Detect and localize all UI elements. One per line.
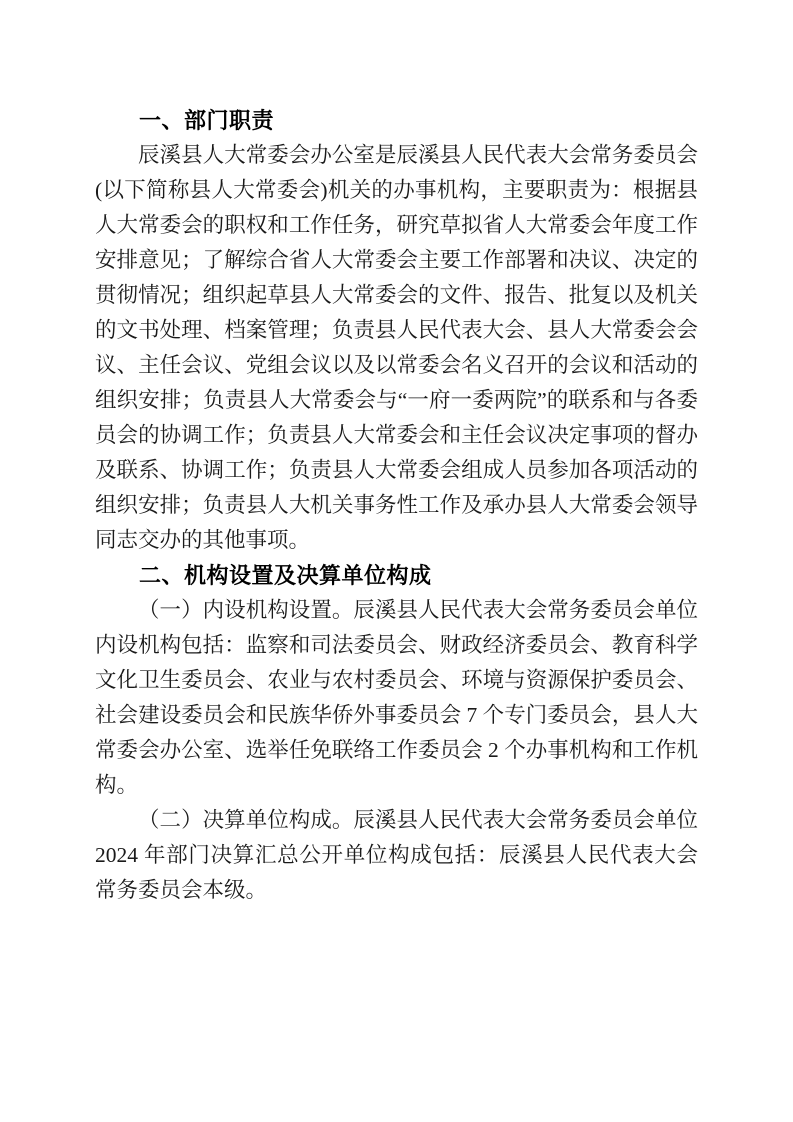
section-2-paragraph-accounting-units: （二）决算单位构成。辰溪县人民代表大会常务委员会单位 2024 年部门决算汇总公… — [95, 803, 698, 908]
document-page: 一、部门职责 辰溪县人大常委会办公室是辰溪县人民代表大会常务委员会(以下简称县人… — [0, 0, 793, 1122]
section-1-paragraph-duties: 辰溪县人大常委会办公室是辰溪县人民代表大会常务委员会(以下简称县人大常委会)机关… — [95, 138, 698, 558]
section-1-heading: 一、部门职责 — [95, 103, 698, 138]
section-2-paragraph-internal-structure: （一）内设机构设置。辰溪县人民代表大会常务委员会单位内设机构包括：监察和司法委员… — [95, 593, 698, 803]
section-2-heading: 二、机构设置及决算单位构成 — [95, 558, 698, 593]
